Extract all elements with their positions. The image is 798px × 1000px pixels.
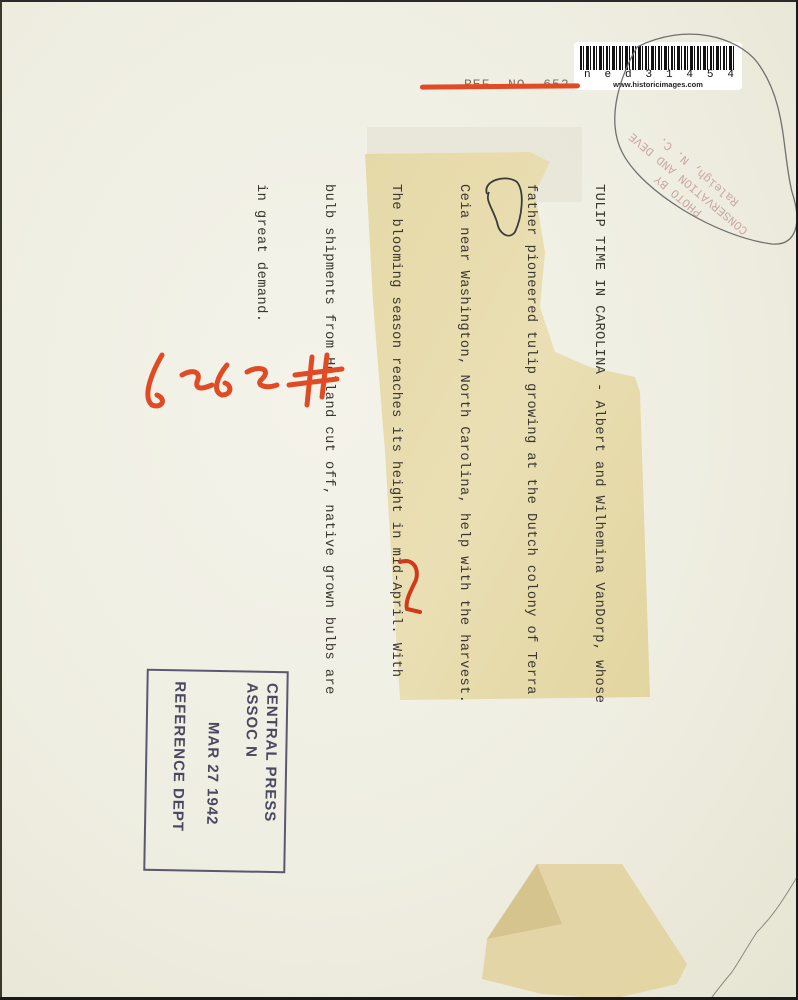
reference-dept-stamp: CENTRAL PRESS ASSOC N MAR 27 1942 REFERE… [143, 669, 289, 873]
caption-text: TULIP TIME IN CAROLINA - Albert and Wilh… [514, 184, 654, 704]
pencil-circle-icon [477, 172, 527, 242]
tape-corner [482, 864, 692, 997]
handwritten-mark-icon [395, 557, 425, 617]
paper-crack [702, 872, 796, 997]
handwritten-number-icon [137, 347, 347, 417]
photo-back-paper: n e d 3 1 4 5 4 www.historicimages.com R… [0, 0, 796, 997]
